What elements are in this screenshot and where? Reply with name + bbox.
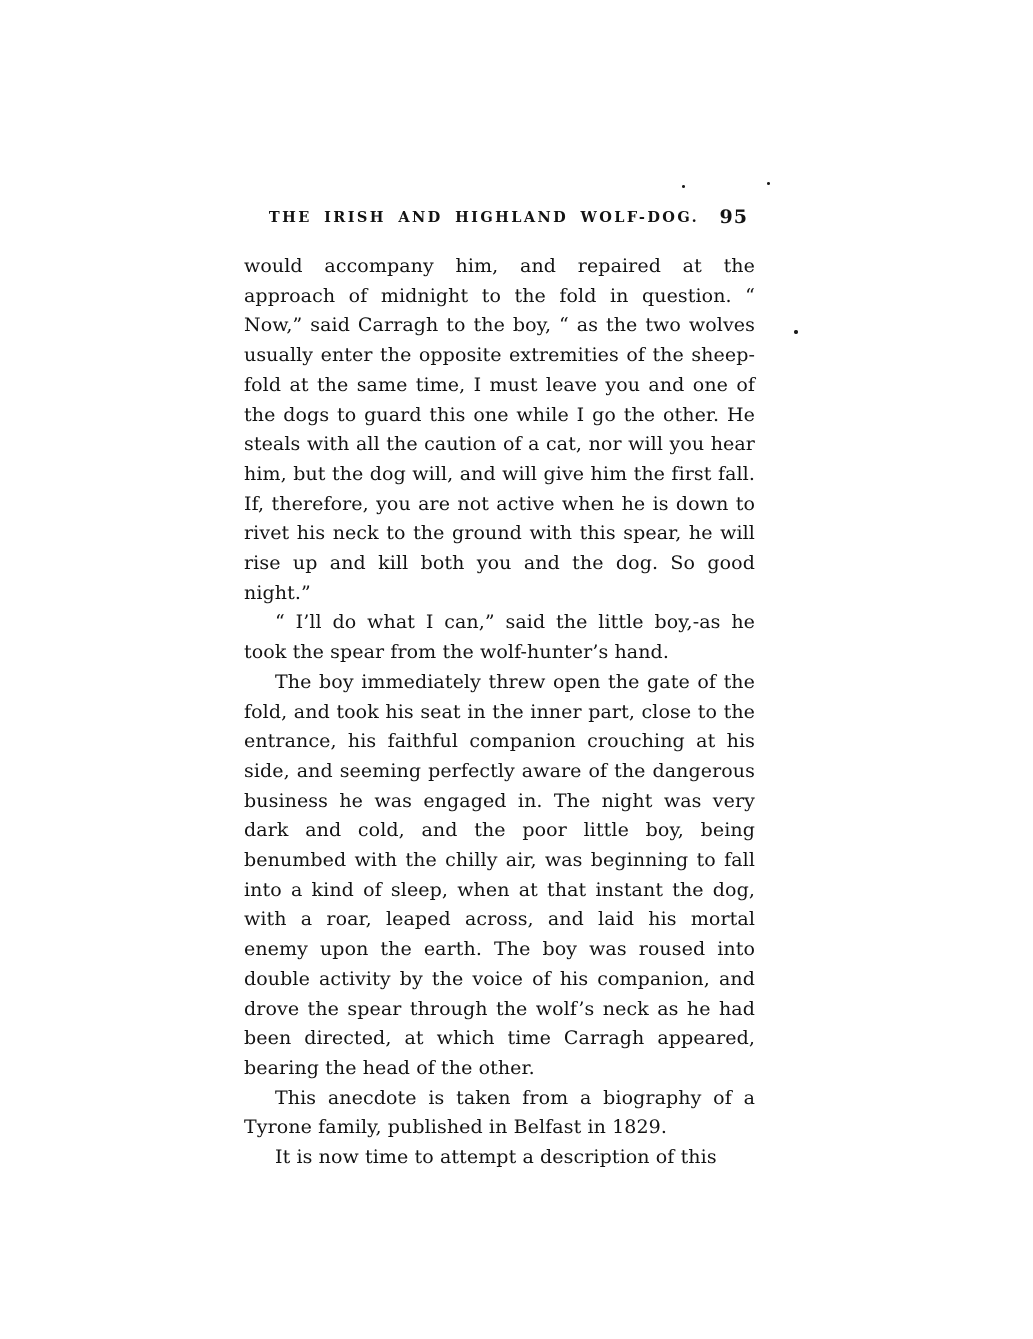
book-page: THE IRISH AND HIGHLAND WOLF-DOG. 95 woul… — [0, 0, 1033, 1339]
scan-speck — [682, 185, 685, 188]
paragraph: “ I’ll do what I can,” said the little b… — [244, 608, 755, 667]
page-number: 95 — [720, 206, 748, 228]
scan-speck — [767, 182, 770, 185]
paragraph: It is now time to attempt a description … — [244, 1143, 755, 1173]
running-head-title: THE IRISH AND HIGHLAND WOLF-DOG. — [244, 209, 724, 226]
running-head: THE IRISH AND HIGHLAND WOLF-DOG. 95 — [244, 206, 754, 232]
paragraph: This anecdote is taken from a biography … — [244, 1084, 755, 1143]
body-text: would accompany him, and repaired at the… — [244, 252, 755, 1173]
paragraph: The boy immediately threw open the gate … — [244, 668, 755, 1084]
scan-speck — [794, 330, 798, 334]
paragraph: would accompany him, and repaired at the… — [244, 252, 755, 608]
